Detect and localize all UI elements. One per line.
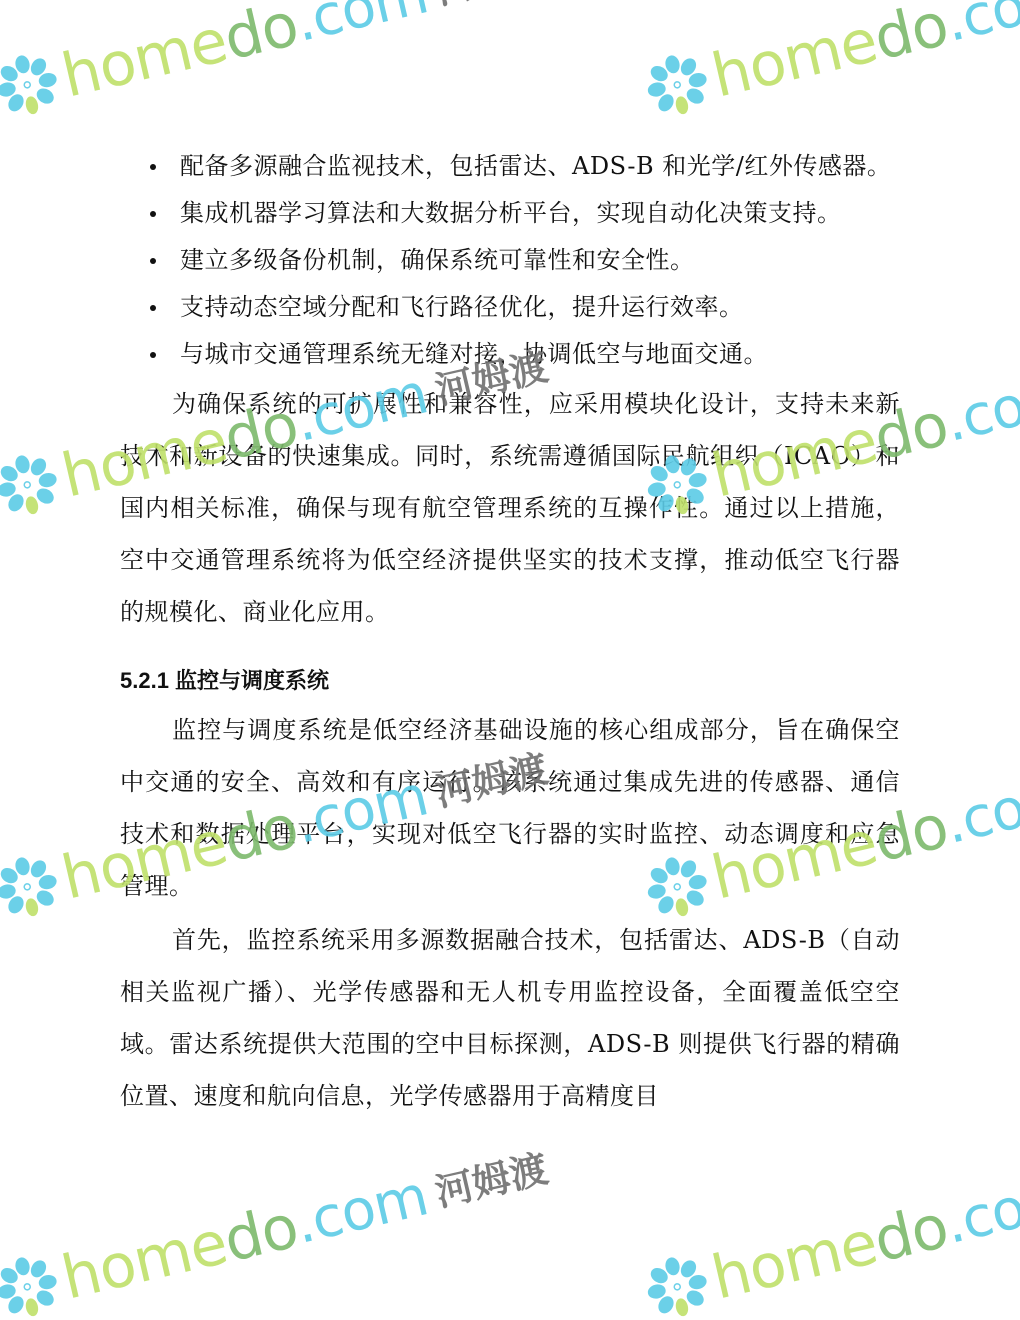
- watermark-home: home: [57, 11, 232, 107]
- watermark: homedo.com河姆渡: [640, 1137, 1020, 1320]
- list-item: 配备多源融合监视技术，包括雷达、ADS-B 和光学/红外传感器。: [120, 143, 900, 190]
- flower-logo-icon: [0, 850, 64, 924]
- paragraph-monitoring-sensors: 首先，监控系统采用多源数据融合技术，包括雷达、ADS-B（自动相关监视广播）、光…: [120, 914, 900, 1122]
- watermark-com: .com: [940, 1166, 1020, 1254]
- flower-logo-icon: [640, 1250, 714, 1320]
- watermark-do: do: [219, 0, 303, 69]
- bullet-icon: [150, 164, 156, 170]
- flower-logo-icon: [0, 1250, 64, 1320]
- list-item-text: 与城市交通管理系统无缝对接，协调低空与地面交通。: [180, 340, 768, 368]
- watermark-home: home: [57, 1213, 232, 1309]
- document-page: 配备多源融合监视技术，包括雷达、ADS-B 和光学/红外传感器。 集成机器学习算…: [0, 0, 1020, 1320]
- watermark: homedo.com河姆渡: [640, 0, 1020, 122]
- watermark-cn: 河姆渡: [429, 1139, 554, 1223]
- watermark-do: do: [219, 1196, 303, 1271]
- document-body: 配备多源融合监视技术，包括雷达、ADS-B 和光学/红外传感器。 集成机器学习算…: [120, 143, 900, 1122]
- watermark-com: .com: [290, 0, 433, 53]
- section-heading: 5.2.1 监控与调度系统: [120, 664, 900, 698]
- bullet-icon: [150, 258, 156, 264]
- list-item-text: 支持动态空域分配和飞行路径优化，提升运行效率。: [180, 293, 744, 321]
- list-item: 支持动态空域分配和飞行路径优化，提升运行效率。: [120, 284, 900, 331]
- list-item: 建立多级备份机制，确保系统可靠性和安全性。: [120, 237, 900, 284]
- list-item-text: 集成机器学习算法和大数据分析平台，实现自动化决策支持。: [180, 199, 842, 227]
- watermark-home: home: [707, 11, 882, 107]
- watermark-com: .com: [940, 766, 1020, 854]
- watermark: homedo.com河姆渡: [0, 0, 554, 122]
- bullet-icon: [150, 211, 156, 217]
- bullet-list: 配备多源融合监视技术，包括雷达、ADS-B 和光学/红外传感器。 集成机器学习算…: [120, 143, 900, 378]
- watermark-do: do: [869, 0, 953, 69]
- flower-logo-icon: [640, 48, 714, 122]
- list-item-text: 建立多级备份机制，确保系统可靠性和安全性。: [180, 246, 695, 274]
- flower-logo-icon: [0, 448, 64, 522]
- list-item-text: 配备多源融合监视技术，包括雷达、ADS-B 和光学/红外传感器。: [180, 152, 891, 180]
- list-item: 集成机器学习算法和大数据分析平台，实现自动化决策支持。: [120, 190, 900, 237]
- paragraph-scalability: 为确保系统的可扩展性和兼容性，应采用模块化设计，支持未来新技术和新设备的快速集成…: [120, 378, 900, 638]
- paragraph-monitoring-intro: 监控与调度系统是低空经济基础设施的核心组成部分，旨在确保空中交通的安全、高效和有…: [120, 704, 900, 912]
- watermark-home: home: [707, 1213, 882, 1309]
- watermark-com: .com: [940, 0, 1020, 53]
- flower-logo-icon: [0, 48, 64, 122]
- bullet-icon: [150, 352, 156, 358]
- watermark-com: .com: [290, 1166, 433, 1254]
- bullet-icon: [150, 305, 156, 311]
- watermark: homedo.com河姆渡: [0, 1137, 554, 1320]
- watermark-do: do: [869, 1196, 953, 1271]
- watermark-com: .com: [940, 364, 1020, 452]
- list-item: 与城市交通管理系统无缝对接，协调低空与地面交通。: [120, 331, 900, 378]
- watermark-cn: 河姆渡: [429, 0, 554, 21]
